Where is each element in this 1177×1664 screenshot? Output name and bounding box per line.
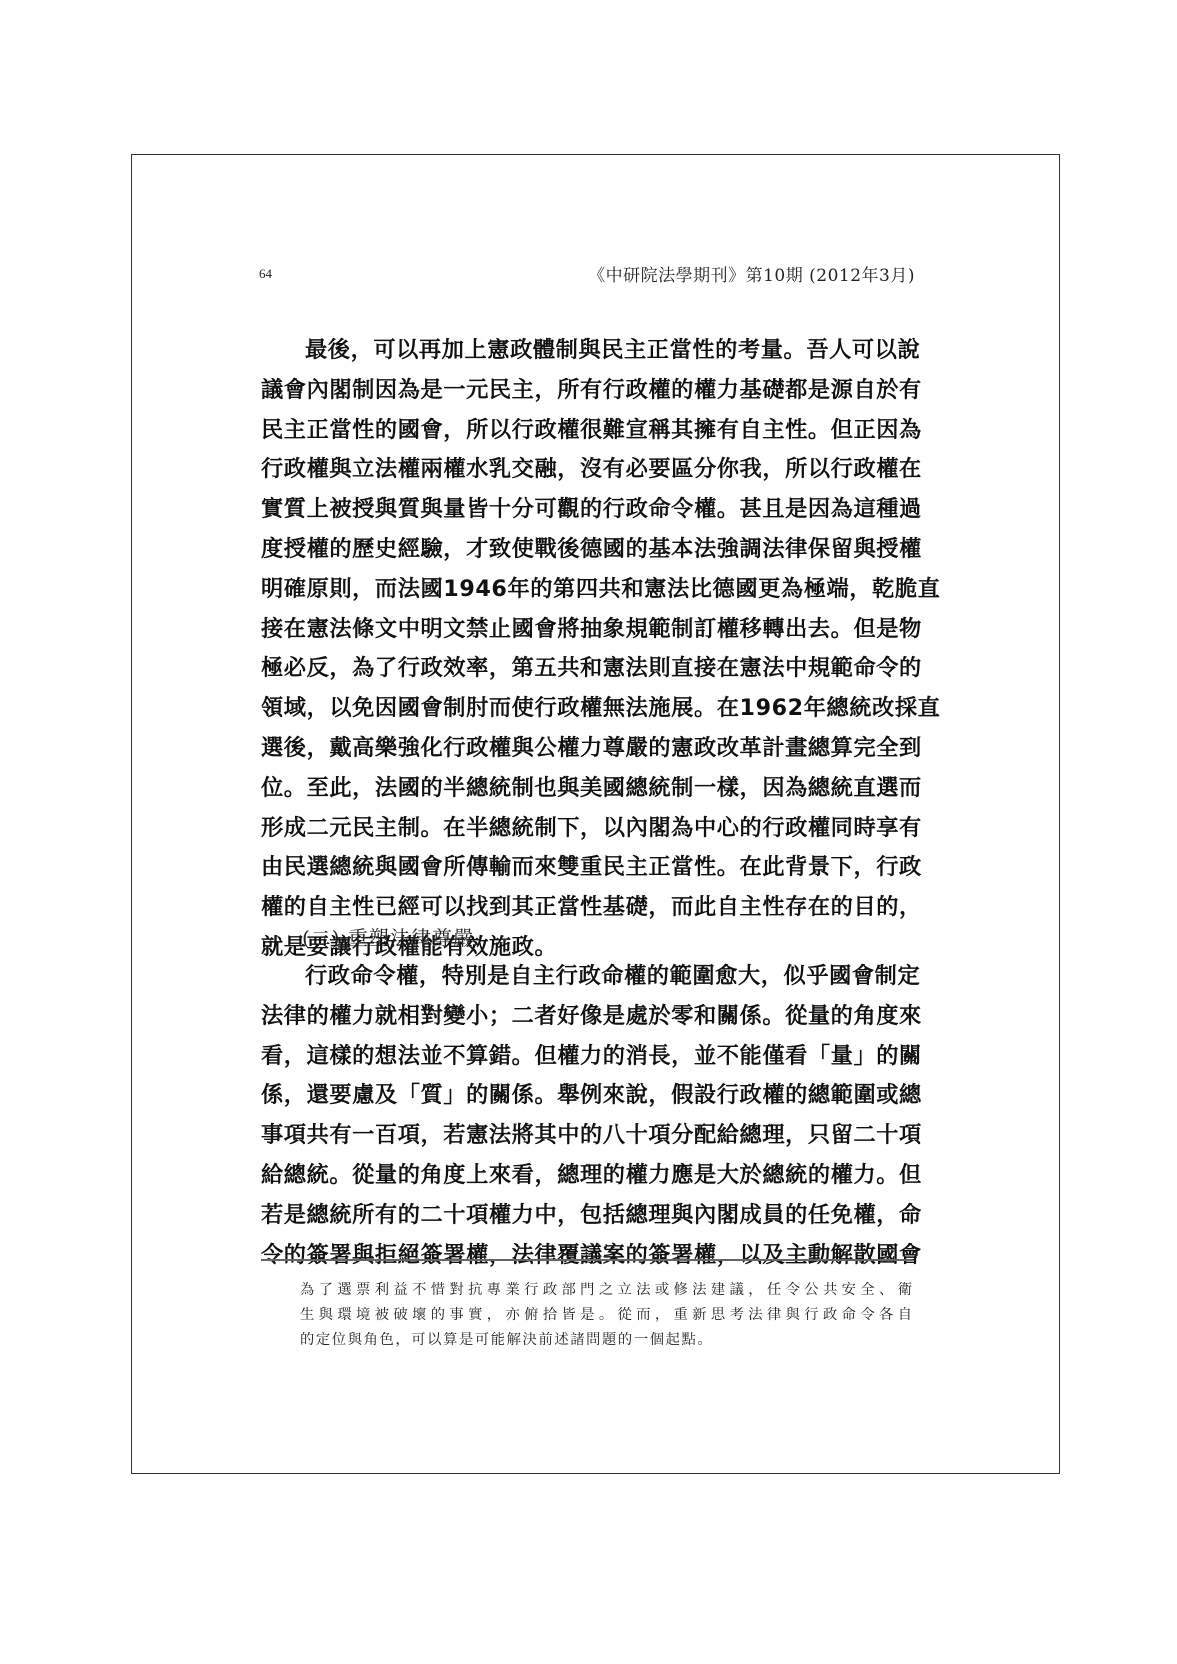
- text-line: 若是總統所有的二十項權力中，包括總理與內閣成員的任免權，命: [261, 1196, 913, 1236]
- text-line: 接在憲法條文中明文禁止國會將抽象規範制訂權移轉出去。但是物: [261, 610, 913, 650]
- footnote-line: 的定位與角色，可以算是可能解決前述諸問題的一個起點。: [300, 1328, 912, 1353]
- footnote: 為了選票利益不惜對抗專業行政部門之立法或修法建議，任令公共安全、衛 生與環境被破…: [300, 1278, 912, 1353]
- text-line: 形成二元民主制。在半總統制下，以內閣為中心的行政權同時享有: [261, 809, 913, 849]
- paragraph-1: 最後，可以再加上憲政體制與民主正當性的考量。吾人可以說 議會內閣制因為是一元民主…: [261, 331, 913, 968]
- paragraph-2: 行政命令權，特別是自主行政命權的範圍愈大，似乎國會制定 法律的權力就相對變小；二…: [261, 957, 913, 1275]
- text-line: 領域，以免因國會制肘而使行政權無法施展。在1962年總統改採直: [261, 689, 913, 729]
- text-line: 選後，戴高樂強化行政權與公權力尊嚴的憲政改革計畫總算完全到: [261, 729, 913, 769]
- text-line: 事項共有一百項，若憲法將其中的八十項分配給總理，只留二十項: [261, 1116, 913, 1156]
- text-line: 位。至此，法國的半總統制也與美國總統制一樣，因為總統直選而: [261, 769, 913, 809]
- footnote-line: 為了選票利益不惜對抗專業行政部門之立法或修法建議，任令公共安全、衛: [300, 1278, 912, 1303]
- text-line: 極必反，為了行政效率，第五共和憲法則直接在憲法中規範命令的: [261, 649, 913, 689]
- section-heading: (二) 重塑法律尊嚴: [302, 922, 474, 951]
- page-number: 64: [259, 266, 272, 282]
- text-line: 度授權的歷史經驗，才致使戰後德國的基本法強調法律保留與授權: [261, 530, 913, 570]
- text-line: 明確原則，而法國1946年的第四共和憲法比德國更為極端，乾脆直: [261, 570, 913, 610]
- text-line: 係，還要慮及「質」的關係。舉例來說，假設行政權的總範圍或總: [261, 1076, 913, 1116]
- text-line: 法律的權力就相對變小；二者好像是處於零和關係。從量的角度來: [261, 997, 913, 1037]
- text-line: 行政命令權，特別是自主行政命權的範圍愈大，似乎國會制定: [261, 957, 913, 997]
- text-line: 由民選總統與國會所傳輸而來雙重民主正當性。在此背景下，行政: [261, 848, 913, 888]
- text-line: 看，這樣的想法並不算錯。但權力的消長，並不能僅看「量」的關: [261, 1037, 913, 1077]
- text-line: 行政權與立法權兩權水乳交融，沒有必要區分你我，所以行政權在: [261, 450, 913, 490]
- text-line: 給總統。從量的角度上來看，總理的權力應是大於總統的權力。但: [261, 1156, 913, 1196]
- footnote-divider: [261, 1259, 912, 1261]
- text-line: 最後，可以再加上憲政體制與民主正當性的考量。吾人可以說: [261, 331, 913, 371]
- text-line: 實質上被授與質與量皆十分可觀的行政命令權。甚且是因為這種過: [261, 490, 913, 530]
- footnote-line: 生與環境被破壞的事實，亦俯拾皆是。從而，重新思考法律與行政命令各自: [300, 1303, 912, 1328]
- running-head: 《中研院法學期刊》第10期 (2012年3月): [588, 261, 915, 286]
- text-line: 令的簽署與拒絕簽署權，法律覆議案的簽署權，以及主動解散國會: [261, 1236, 913, 1276]
- text-line: 民主正當性的國會，所以行政權很難宣稱其擁有自主性。但正因為: [261, 411, 913, 451]
- text-line: 議會內閣制因為是一元民主，所有行政權的權力基礎都是源自於有: [261, 371, 913, 411]
